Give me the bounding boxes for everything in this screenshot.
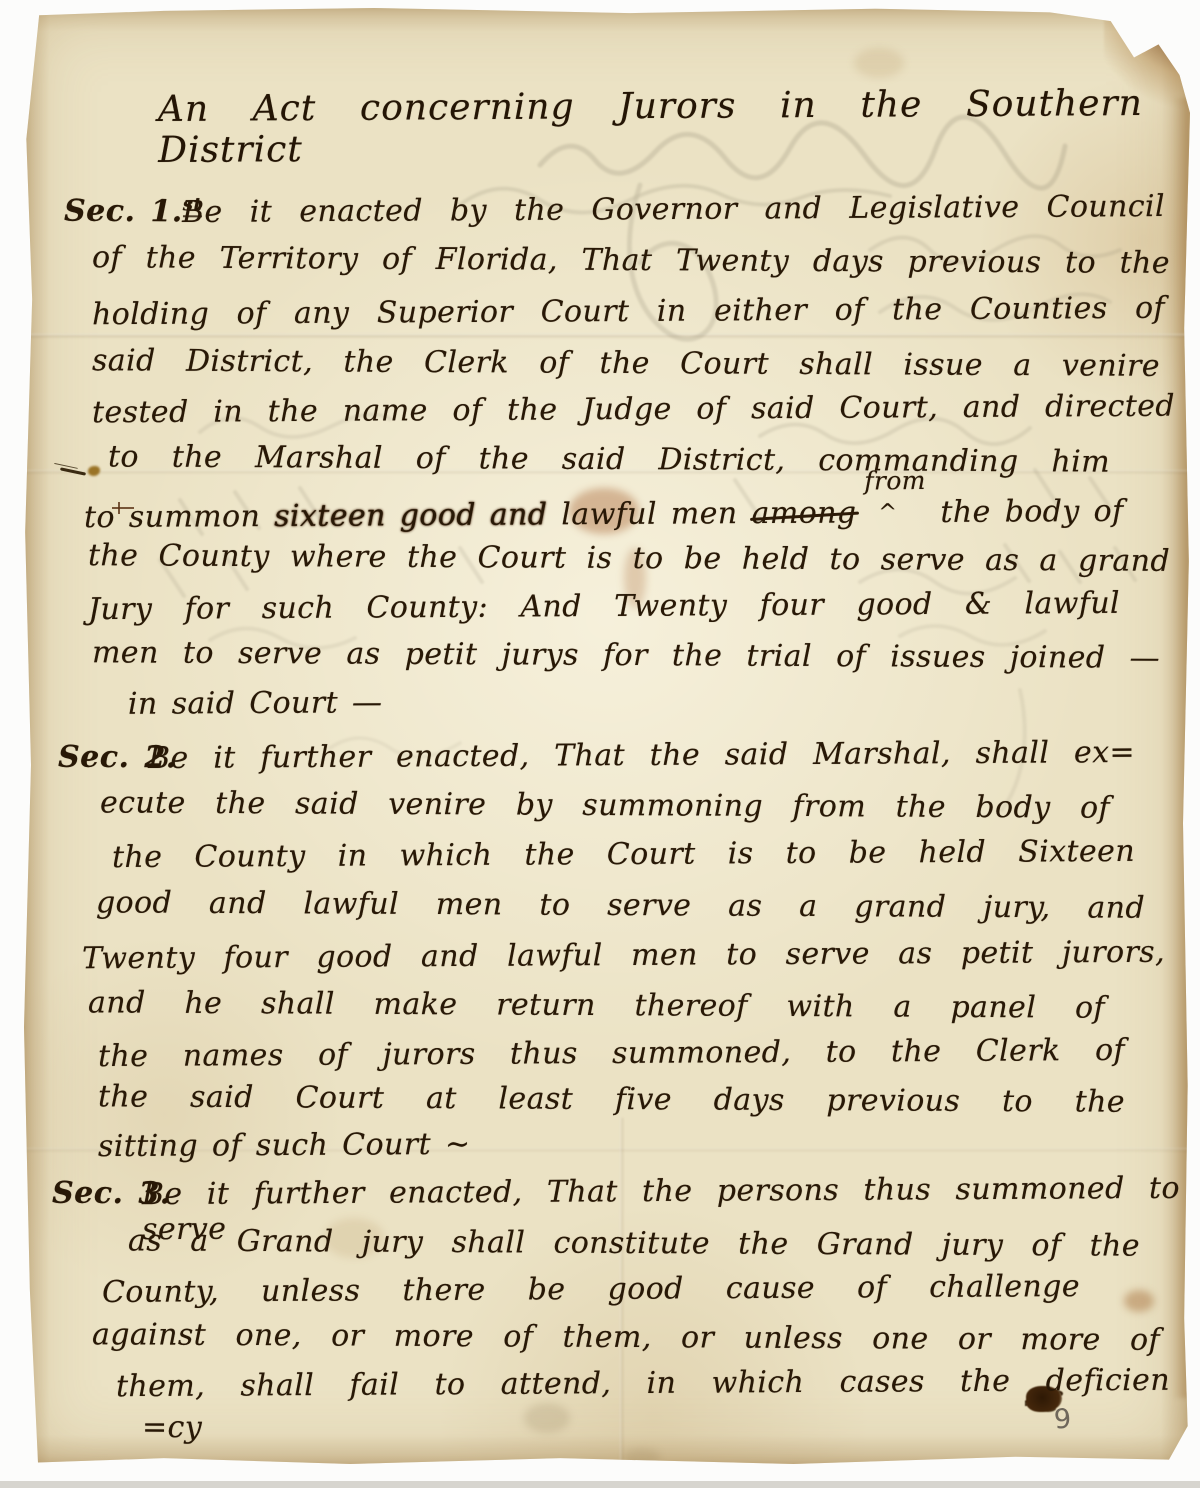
- document-title: An Act concerning Jurors in the Southern…: [158, 83, 1143, 171]
- manuscript-line: the said Court at least five days previo…: [98, 1079, 1125, 1119]
- manuscript-line: Be it enacted by the Governor and Legisl…: [182, 189, 1165, 230]
- manuscript-line: County, unless there be good cause of ch…: [102, 1269, 1080, 1310]
- scanner-bed-edge: [0, 1481, 1200, 1488]
- manuscript-line: and he shall make return thereof with a …: [88, 985, 1105, 1025]
- insertion: from^: [856, 492, 926, 522]
- manuscript-line: the County in which the Court is to be h…: [112, 834, 1135, 875]
- line-text: lawful men: [547, 496, 751, 532]
- manuscript-line: sitting of such Court ∼: [98, 1127, 471, 1164]
- inserted-word: from: [864, 466, 926, 495]
- manuscript-line: men to serve as petit jurys for the tria…: [92, 635, 1160, 676]
- manuscript-line: as a Grand jury shall constitute the Gra…: [128, 1223, 1140, 1263]
- manuscript-line: =cy: [142, 1410, 202, 1445]
- stain: [524, 1403, 570, 1433]
- manuscript-line: ecute the said venire by summoning from …: [100, 785, 1110, 825]
- page-number: 9: [1053, 1403, 1072, 1435]
- manuscript-line: the County where the Court is to be held…: [88, 538, 1170, 579]
- manuscript-line: them, shall fail to attend, in which cas…: [116, 1363, 1170, 1404]
- manuscript-line: of the Territory of Florida, That Twenty…: [92, 240, 1170, 281]
- line-text: to summon: [84, 499, 274, 535]
- manuscript-line: Jury for such County: And Twenty four go…: [88, 586, 1120, 627]
- manuscript-line: Twenty four good and lawful men to serve…: [82, 935, 1165, 977]
- manuscript-line: the names of jurors thus summoned, to th…: [98, 1033, 1125, 1074]
- caret-mark: ^: [878, 500, 897, 525]
- smudged-words: sixteen good and: [274, 497, 547, 534]
- section-label-text: Sec. 1.: [64, 194, 183, 230]
- manuscript-line-with-correction: to summon sixteen good and lawful men am…: [84, 491, 1124, 535]
- struck-word: among: [751, 495, 856, 531]
- stain: [1124, 1290, 1154, 1312]
- manuscript-line: to the Marshal of the said District, com…: [108, 439, 1110, 479]
- manuscript-line: Be it further enacted, That the said Mar…: [148, 735, 1135, 776]
- stain: [854, 48, 904, 78]
- manuscript-line: good and lawful men to serve as a grand …: [96, 885, 1145, 925]
- manuscript-line: holding of any Superior Court in either …: [92, 291, 1165, 333]
- manuscript-line: said District, the Clerk of the Court sh…: [92, 343, 1160, 384]
- manuscript-line: tested in the name of the Judge of said …: [92, 389, 1175, 431]
- manuscript-line: in said Court —: [128, 685, 383, 722]
- line-text: the body of: [926, 494, 1123, 530]
- stain: [624, 1448, 660, 1466]
- manuscript-line: against one, or more of them, or unless …: [92, 1317, 1160, 1358]
